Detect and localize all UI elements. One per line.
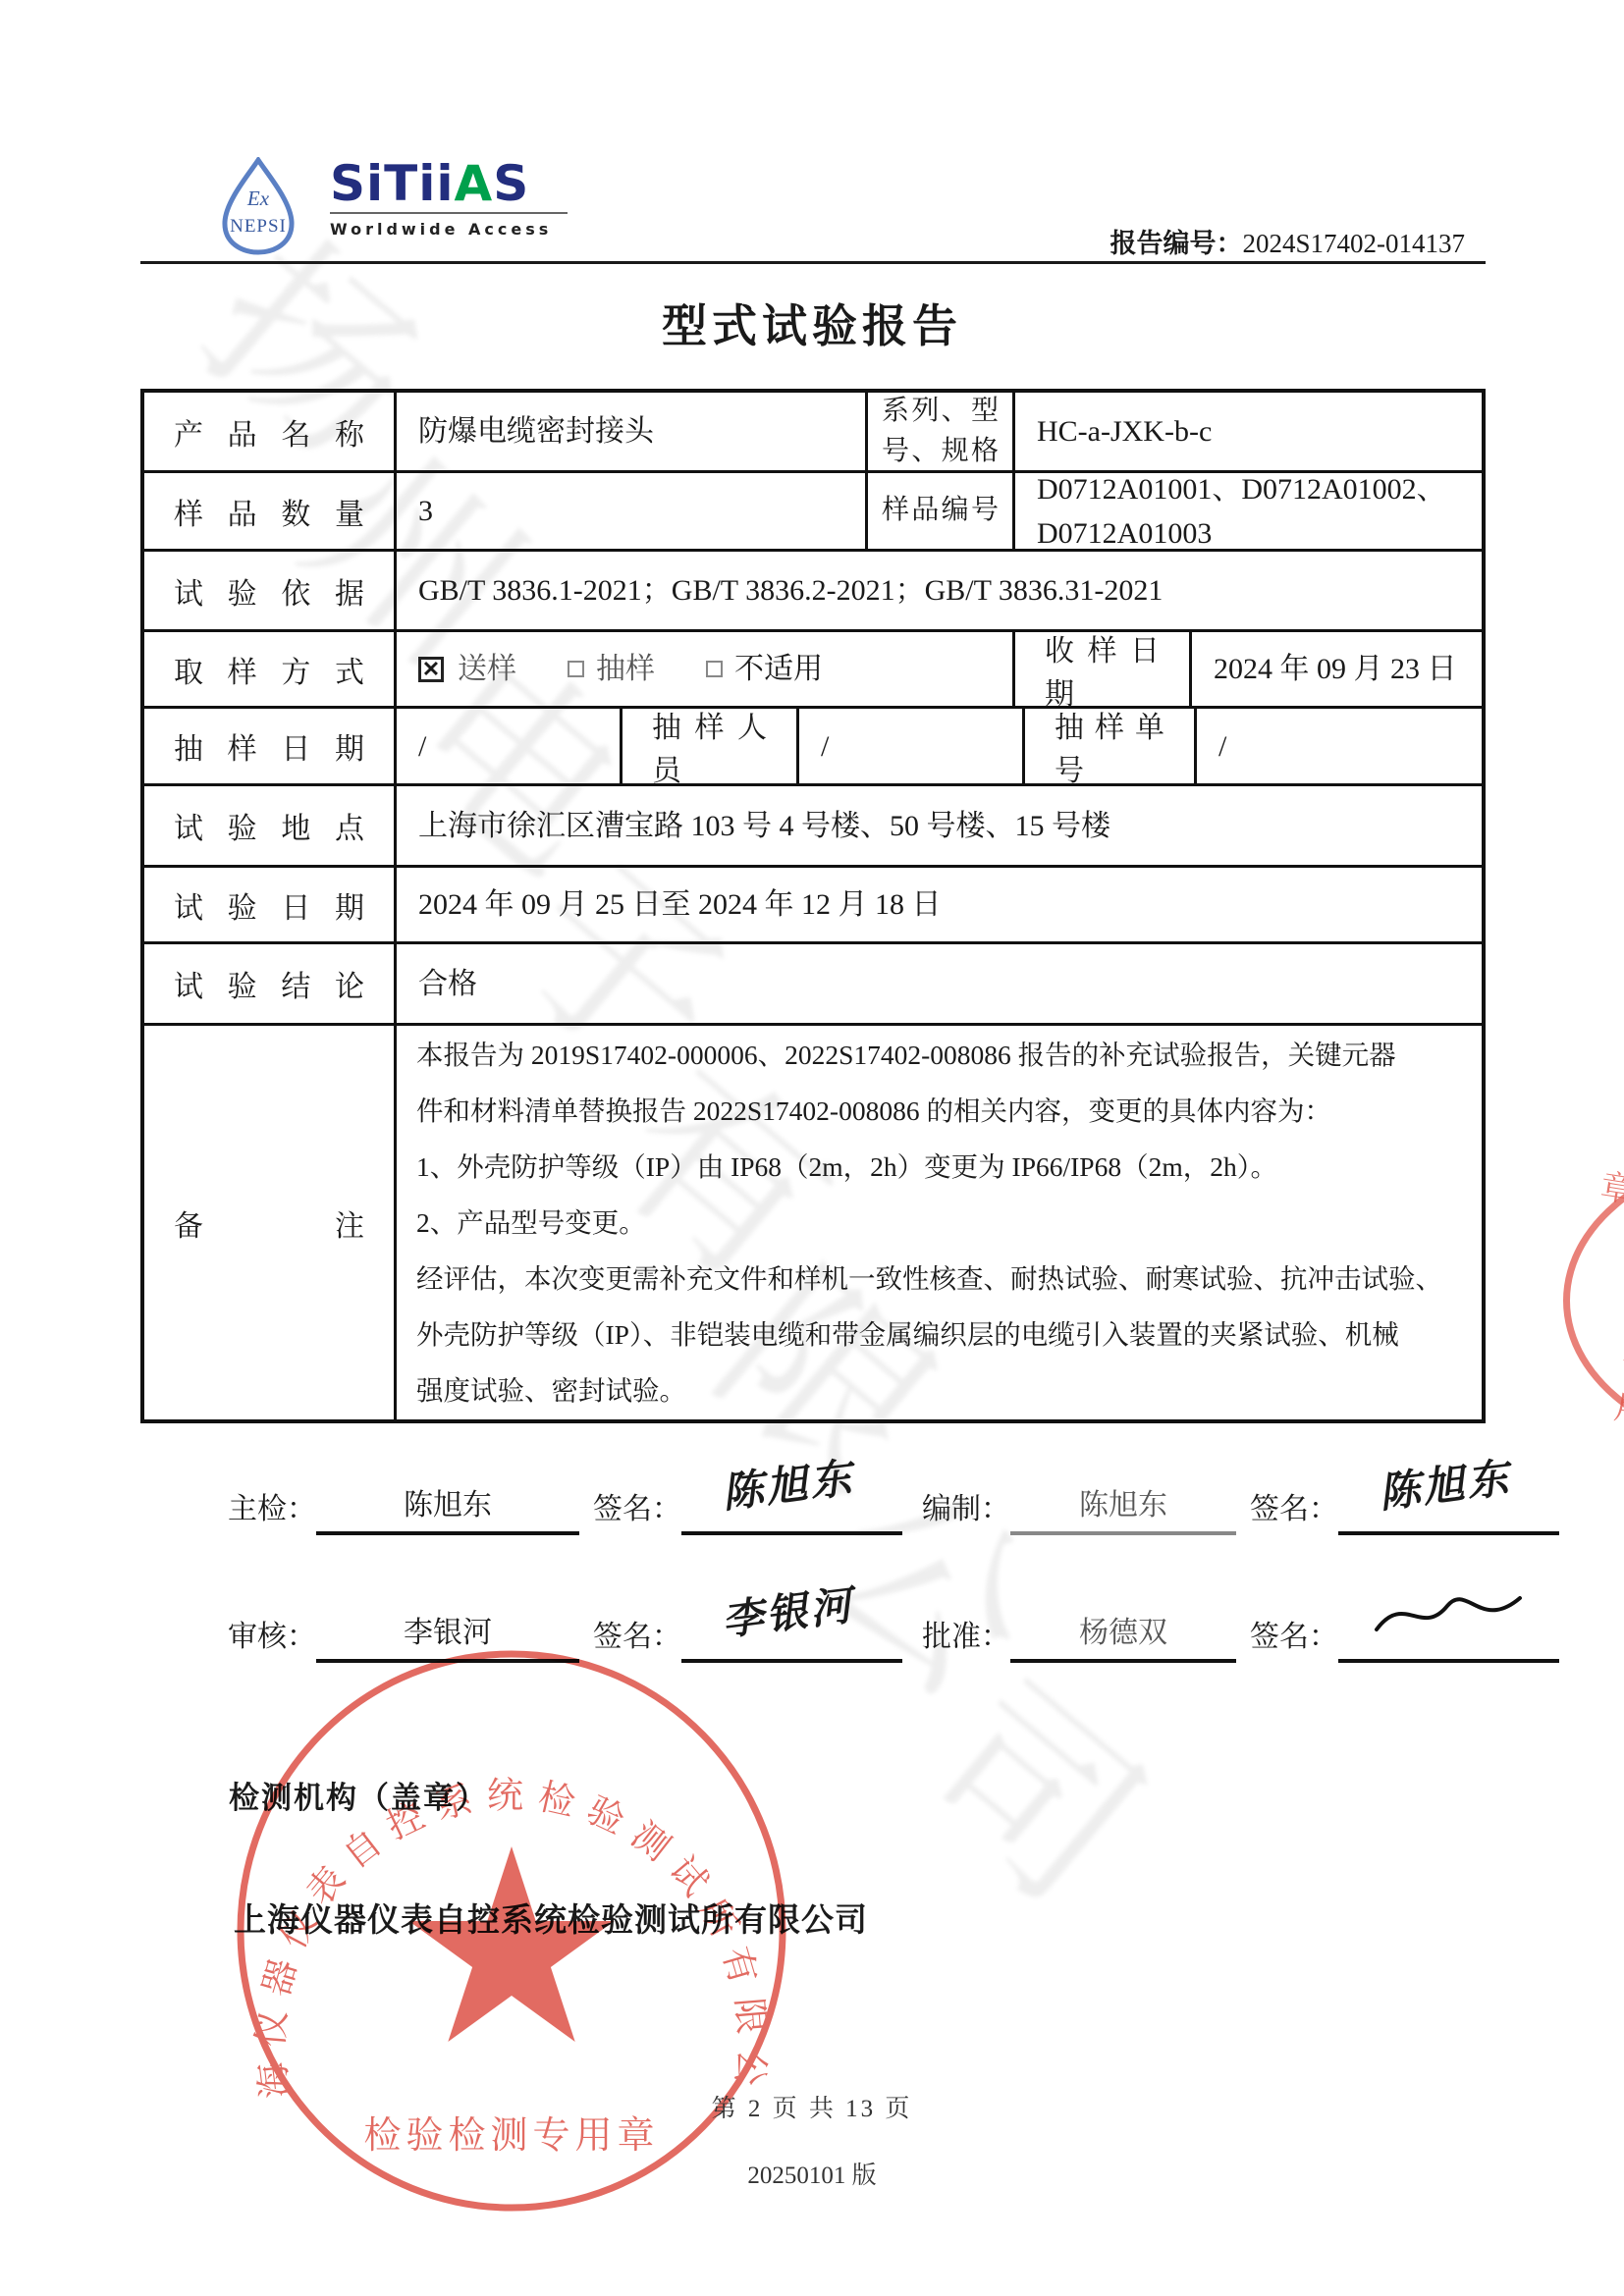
- sampling-order-label: 抽样单号: [1025, 709, 1197, 783]
- chief-inspector-name: 陈旭东: [316, 1480, 579, 1535]
- test-conclusion-label: 试验结论: [144, 944, 397, 1023]
- remark-line: 件和材料清单替换报告 2022S17402-008086 的相关内容，变更的具体…: [416, 1083, 1331, 1139]
- sampling-method-label: 取样方式: [144, 632, 397, 706]
- product-name-value: 防爆电缆密封接头: [397, 393, 868, 470]
- logo-letter: S: [493, 155, 529, 212]
- table-row-remarks: 备注 本报告为 2019S17402-000006、2022S17402-008…: [144, 1026, 1482, 1419]
- test-basis-value: GB/T 3836.1-2021；GB/T 3836.2-2021；GB/T 3…: [397, 552, 1482, 629]
- stamp-ring-text: 上海仪器仪表自控系统检验测试所有限公司: [231, 1645, 772, 2101]
- report-page: 扬 州 电 子 有 限 公 司 Ex NEPSI SiTiiAS Worldwi…: [0, 0, 1624, 2296]
- report-table: 产品名称 防爆电缆密封接头 系列、型号、规格 HC-a-JXK-b-c 样品数量…: [140, 389, 1486, 1423]
- logo-tagline: Worldwide Access: [330, 214, 568, 239]
- series-model-value: HC-a-JXK-b-c: [1015, 393, 1482, 470]
- page-title: 型式试验报告: [0, 291, 1624, 355]
- remark-line: 1、外壳防护等级（IP）由 IP68（2m，2h）变更为 IP66/IP68（2…: [416, 1139, 1277, 1195]
- test-date-value: 2024 年 09 月 25 日至 2024 年 12 月 18 日: [397, 868, 1482, 941]
- logo-letter: i: [436, 155, 454, 212]
- remarks-label: 备注: [144, 1026, 397, 1419]
- series-model-label: 系列、型号、规格: [868, 393, 1015, 470]
- option-not-applicable: 不适用: [734, 647, 823, 691]
- approver-label: 批准：: [922, 1612, 1010, 1663]
- table-row-sampling-date: 抽样日期 / 抽样人员 / 抽样单号 /: [144, 709, 1482, 786]
- remark-line: 本报告为 2019S17402-000006、2022S17402-008086…: [416, 1027, 1396, 1083]
- receive-date-value: 2024 年 09 月 23 日: [1192, 632, 1482, 706]
- logo-letter: T: [384, 155, 418, 212]
- edge-stamp-text: 检验检测专用章: [1546, 1166, 1624, 1465]
- sign-label: 签名：: [593, 1484, 681, 1535]
- edge-stamp-fragment: 检验检测专用章: [1542, 1121, 1624, 1465]
- report-number-label: 报告编号：: [1110, 229, 1242, 258]
- inspection-stamp: 上海仪器仪表自控系统检验测试所有限公司 检验检测专用章: [231, 1645, 792, 2216]
- table-row-test-location: 试验地点 上海市徐汇区漕宝路 103 号 4 号楼、50 号楼、15 号楼: [144, 786, 1482, 868]
- table-row-sample-qty: 样品数量 3 样品编号 D0712A01001、D0712A01002、D071…: [144, 473, 1482, 552]
- sample-no-value: D0712A01001、D0712A01002、D0712A01003: [1015, 473, 1482, 549]
- report-number: 报告编号：2024S17402-014137: [1110, 222, 1465, 260]
- logo-letter-green: A: [455, 155, 494, 212]
- remark-line: 2、产品型号变更。: [416, 1195, 646, 1251]
- nepsi-ex-text: Ex: [209, 187, 307, 211]
- test-date-label: 试验日期: [144, 868, 397, 941]
- header-rule: [140, 261, 1486, 264]
- svg-text:上海仪器仪表自控系统检验测试所有限公司: 上海仪器仪表自控系统检验测试所有限公司: [231, 1645, 772, 2101]
- prepared-by-name: 陈旭东: [1010, 1480, 1236, 1535]
- report-number-value: 2024S17402-014137: [1242, 229, 1465, 258]
- nepsi-ex-logo: Ex NEPSI: [209, 157, 307, 259]
- prepared-by-label: 编制：: [922, 1484, 1010, 1535]
- option-drawn-sample: 抽样: [596, 647, 655, 691]
- sign-label: 签名：: [1250, 1612, 1338, 1663]
- remark-line: 外壳防护等级（IP）、非铠装电缆和带金属编织层的电缆引入装置的夹紧试验、机械: [416, 1307, 1399, 1362]
- logo-letter: i: [366, 155, 384, 212]
- test-basis-label: 试验依据: [144, 552, 397, 629]
- prepared-by-signature: 陈旭东: [1338, 1465, 1559, 1535]
- test-location-value: 上海市徐汇区漕宝路 103 号 4 号楼、50 号楼、15 号楼: [397, 786, 1482, 865]
- page-number: 第 2 页 共 13 页: [0, 2089, 1624, 2124]
- sign-label: 签名：: [1250, 1484, 1338, 1535]
- handwritten-signature: 陈旭东: [1380, 1444, 1519, 1521]
- table-row-sampling-method: 取样方式 ✕ 送样 抽样 不适用 收样日期 2024 年 09 月 23 日: [144, 632, 1482, 709]
- sitiias-logo: SiTiiAS Worldwide Access: [330, 159, 568, 239]
- handwritten-signature: 李银河: [723, 1572, 862, 1648]
- approver-name: 杨德双: [1010, 1608, 1236, 1663]
- checkbox-unchecked: [568, 661, 584, 677]
- sample-qty-value: 3: [397, 473, 868, 549]
- test-location-label: 试验地点: [144, 786, 397, 865]
- version-number: 20250101 版: [0, 2156, 1624, 2191]
- checkbox-x-mark: ✕: [422, 653, 440, 685]
- table-row-test-date: 试验日期 2024 年 09 月 25 日至 2024 年 12 月 18 日: [144, 868, 1482, 944]
- checkbox-checked: ✕: [418, 657, 444, 682]
- sample-qty-label: 样品数量: [144, 473, 397, 549]
- approver-signature: [1338, 1592, 1559, 1663]
- sampling-method-options: ✕ 送样 抽样 不适用: [397, 632, 1015, 706]
- logo-letter: i: [418, 155, 436, 212]
- table-row-product-name: 产品名称 防爆电缆密封接头 系列、型号、规格 HC-a-JXK-b-c: [144, 393, 1482, 473]
- chief-inspector-signature: 陈旭东: [681, 1465, 902, 1535]
- remark-line: 经评估，本次变更需补充文件和样机一致性核查、耐热试验、耐寒试验、抗冲击试验、: [416, 1251, 1442, 1307]
- test-conclusion-value: 合格: [397, 944, 1482, 1023]
- sampling-date-value: /: [397, 709, 623, 783]
- chief-inspector-label: 主检：: [228, 1484, 316, 1535]
- table-row-test-basis: 试验依据 GB/T 3836.1-2021；GB/T 3836.2-2021；G…: [144, 552, 1482, 632]
- sampling-order-value: /: [1197, 709, 1482, 783]
- sampling-person-label: 抽样人员: [623, 709, 799, 783]
- sitiias-letters: SiTiiAS: [330, 159, 568, 214]
- option-delivered-sample: 送样: [458, 647, 516, 691]
- signature-row-1: 主检： 陈旭东 签名： 陈旭东 编制： 陈旭东 签名： 陈旭东: [228, 1465, 1559, 1535]
- remarks-content: 本报告为 2019S17402-000006、2022S17402-008086…: [397, 1026, 1482, 1419]
- sample-no-label: 样品编号: [868, 473, 1015, 549]
- sampling-person-value: /: [799, 709, 1025, 783]
- product-name-label: 产品名称: [144, 393, 397, 470]
- checkbox-unchecked: [706, 661, 723, 677]
- remark-line: 强度试验、密封试验。: [416, 1362, 686, 1418]
- approver-signature-scribble: [1371, 1588, 1528, 1639]
- receive-date-label: 收样日期: [1015, 632, 1192, 706]
- logo-letter: S: [330, 155, 366, 212]
- nepsi-name-text: NEPSI: [209, 216, 307, 238]
- stamp-star-icon: [408, 1846, 614, 2042]
- table-row-test-conclusion: 试验结论 合格: [144, 944, 1482, 1026]
- sampling-date-label: 抽样日期: [144, 709, 397, 783]
